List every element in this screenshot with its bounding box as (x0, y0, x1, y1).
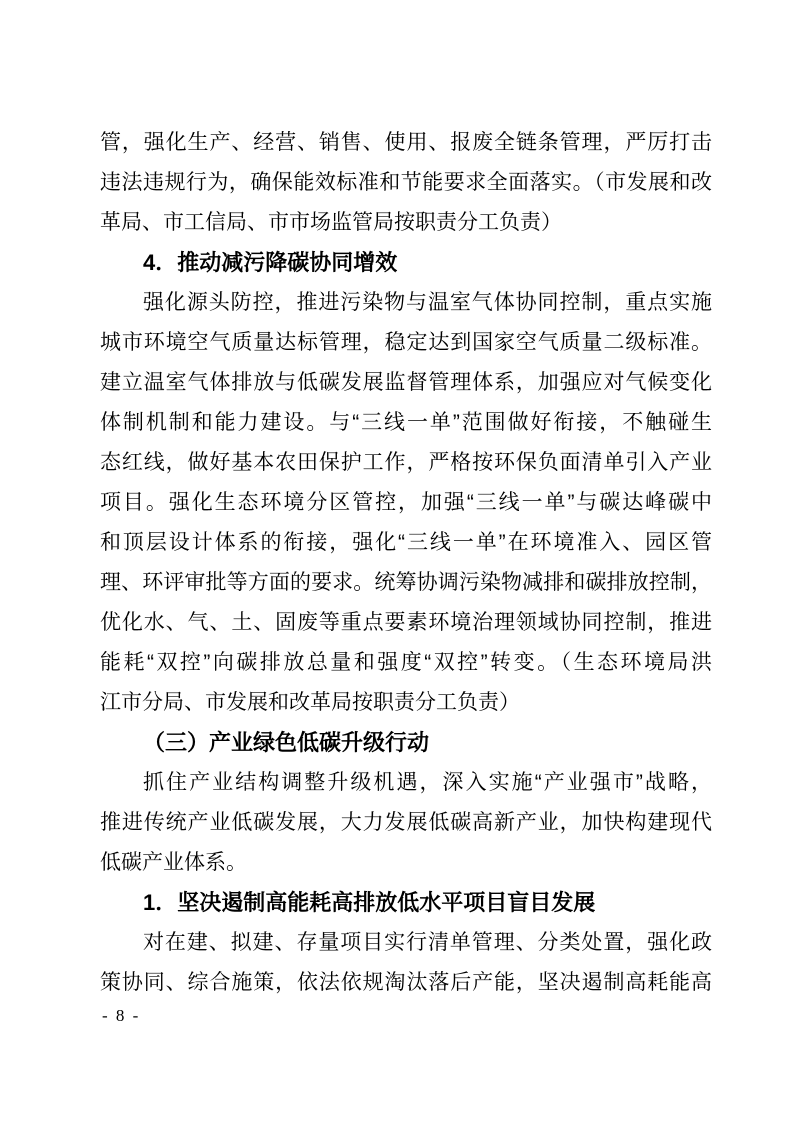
text-line: 优化水、气、土、固废等重点要素环境治理领域协同控制，推进 (100, 603, 712, 643)
text-line: 建立温室气体排放与低碳发展监督管理体系，加强应对气候变化 (100, 363, 712, 403)
text-line: 对在建、拟建、存量项目实行清单管理、分类处置，强化政 (100, 923, 712, 963)
text-line: 策协同、综合施策，依法依规淘汰落后产能，坚决遏制高耗能高 (100, 963, 712, 1003)
document-page: 管，强化生产、经营、销售、使用、报废全链条管理，严厉打击违法违规行为，确保能效标… (0, 0, 793, 1122)
section-heading: 4．推动减污降碳协同增效 (100, 243, 712, 283)
text-line: 抓住产业结构调整升级机遇，深入实施“产业强市”战略， (100, 763, 712, 803)
text-line: 推进传统产业低碳发展，大力发展低碳高新产业，加快构建现代 (100, 803, 712, 843)
text-line: 和顶层设计体系的衔接，强化“三线一单”在环境准入、园区管 (100, 523, 712, 563)
text-line: 革局、市工信局、市市场监管局按职责分工负责） (100, 203, 712, 243)
text-line: 违法违规行为，确保能效标准和节能要求全面落实。（市发展和改 (100, 163, 712, 203)
text-line: 能耗“双控”向碳排放总量和强度“双控”转变。（生态环境局洪 (100, 643, 712, 683)
page-number: - 8 - (102, 1006, 140, 1026)
text-line: 城市环境空气质量达标管理，稳定达到国家空气质量二级标准。 (100, 323, 712, 363)
text-line: 项目。强化生态环境分区管控，加强“三线一单”与碳达峰碳中 (100, 483, 712, 523)
text-line: 江市分局、市发展和改革局按职责分工负责） (100, 683, 712, 723)
document-body: 管，强化生产、经营、销售、使用、报废全链条管理，严厉打击违法违规行为，确保能效标… (100, 123, 712, 1003)
text-line: 强化源头防控，推进污染物与温室气体协同控制，重点实施 (100, 283, 712, 323)
text-line: 低碳产业体系。 (100, 843, 712, 883)
text-line: 体制机制和能力建设。与“三线一单”范围做好衔接，不触碰生 (100, 403, 712, 443)
text-line: 理、环评审批等方面的要求。统筹协调污染物减排和碳排放控制， (100, 563, 712, 603)
section-heading: （三）产业绿色低碳升级行动 (100, 723, 712, 763)
text-line: 管，强化生产、经营、销售、使用、报废全链条管理，严厉打击 (100, 123, 712, 163)
section-heading: 1．坚决遏制高能耗高排放低水平项目盲目发展 (100, 883, 712, 923)
text-line: 态红线，做好基本农田保护工作，严格按环保负面清单引入产业 (100, 443, 712, 483)
